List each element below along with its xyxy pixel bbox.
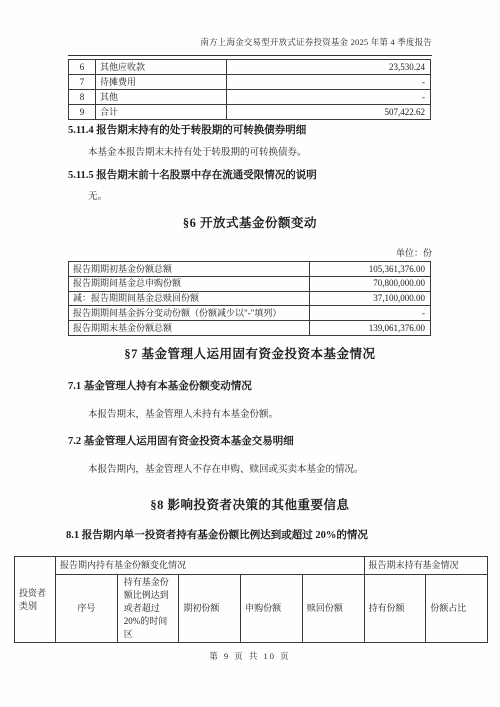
col-header-subscribed-shares: 申购份额: [241, 575, 303, 643]
row-value: -: [310, 306, 431, 321]
other-assets-table: 6 其他应收款 23,530.24 7 待摊费用 - 8 其他 - 9 合计: [68, 59, 431, 120]
group-header-period-end: 报告期末持有基金情况: [364, 557, 487, 575]
col-header-held-shares: 持有份额: [364, 575, 426, 643]
row-number: 9: [69, 105, 96, 120]
heading-5-11-4: 5.11.4 报告期末持有的处于转股期的可转换债券明细: [68, 122, 440, 137]
section-8-title: §8 影响投资者决策的其他重要信息: [0, 495, 500, 513]
paragraph-5-11-4: 本基金本报告期末未持有处于转股期的可转换债券。: [88, 144, 440, 158]
investor-holdings-table: 投资者类别 报告期内持有基金份额变化情况 报告期末持有基金情况 序号 持有基金份…: [14, 556, 488, 643]
section-7-title: §7 基金管理人运用固有资金投资本基金情况: [0, 344, 500, 362]
row-value: 70,800,000.00: [310, 276, 431, 291]
heading-5-11-5: 5.11.5 报告期末前十名股票中存在流通受限情况的说明: [68, 167, 440, 182]
heading-7-1: 7.1 基金管理人持有本基金份额变动情况: [68, 378, 440, 393]
row-value: -: [227, 75, 431, 90]
col-header-redeemed-shares: 赎回份额: [302, 575, 364, 643]
paragraph-7-2: 本报告期内，基金管理人不存在申购、赎回或买卖本基金的情况。: [88, 461, 440, 475]
heading-7-2: 7.2 基金管理人运用固有资金投资本基金交易明细: [68, 433, 440, 448]
row-number: 8: [69, 90, 96, 105]
paragraph-7-1: 本报告期末，基金管理人未持有本基金份额。: [88, 406, 440, 420]
table-row: 6 其他应收款 23,530.24: [69, 60, 431, 75]
section-6-title: §6 开放式基金份额变动: [0, 213, 500, 231]
table-row: 9 合计 507,422.62: [69, 105, 431, 120]
col-header-share-ratio: 份额占比: [426, 575, 488, 643]
row-label: 报告期期末基金份额总额: [69, 321, 310, 336]
row-number: 6: [69, 60, 96, 75]
row-label: 减：报告期期间基金总赎回份额: [69, 291, 310, 306]
report-page: 南方上海金交易型开放式证券投资基金 2025 年第 4 季度报告 6 其他应收款…: [0, 0, 500, 707]
row-value: -: [227, 90, 431, 105]
row-value: 507,422.62: [227, 105, 431, 120]
heading-8-1: 8.1 报告期内单一投资者持有基金份额比例达到或超过 20%的情况: [66, 527, 440, 542]
table-row: 8 其他 -: [69, 90, 431, 105]
row-label: 其他应收款: [96, 60, 227, 75]
row-label: 报告期期间基金拆分变动份额（份额减少以"-"填列）: [69, 306, 310, 321]
row-value: 139,061,376.00: [310, 321, 431, 336]
unit-label: 单位：份: [396, 246, 432, 259]
table-row: 7 待摊费用 -: [69, 75, 431, 90]
share-change-table: 报告期期初基金份额总额 105,361,376.00 报告期期间基金总申购份额 …: [68, 261, 431, 336]
col-header-investor-type: 投资者类别: [15, 557, 56, 643]
table-header-row-columns: 序号 持有基金份额比例达到或者超过 20%的时间区 期初份额 申购份额 赎回份额…: [15, 575, 488, 643]
table-row: 报告期期间基金总申购份额 70,800,000.00: [69, 276, 431, 291]
row-label: 待摊费用: [96, 75, 227, 90]
table-row: 报告期期初基金份额总额 105,361,376.00: [69, 262, 431, 277]
row-label: 报告期期间基金总申购份额: [69, 276, 310, 291]
table-row: 减：报告期期间基金总赎回份额 37,100,000.00: [69, 291, 431, 306]
table-row: 报告期期末基金份额总额 139,061,376.00: [69, 321, 431, 336]
group-header-period-change: 报告期内持有基金份额变化情况: [56, 557, 365, 575]
row-label: 合计: [96, 105, 227, 120]
table-row: 报告期期间基金拆分变动份额（份额减少以"-"填列） -: [69, 306, 431, 321]
row-label: 其他: [96, 90, 227, 105]
col-header-initial-shares: 期初份额: [179, 575, 241, 643]
running-header: 南方上海金交易型开放式证券投资基金 2025 年第 4 季度报告: [68, 36, 432, 48]
row-label: 报告期期初基金份额总额: [69, 262, 310, 277]
row-value: 105,361,376.00: [310, 262, 431, 277]
paragraph-5-11-5: 无。: [88, 188, 440, 202]
row-number: 7: [69, 75, 96, 90]
page-number: 第 9 页 共 10 页: [0, 650, 500, 662]
col-header-holding-window: 持有基金份额比例达到或者超过 20%的时间区: [117, 575, 179, 643]
row-value: 37,100,000.00: [310, 291, 431, 306]
col-header-seq: 序号: [56, 575, 118, 643]
header-divider: [68, 55, 432, 56]
row-value: 23,530.24: [227, 60, 431, 75]
table-header-row-groups: 投资者类别 报告期内持有基金份额变化情况 报告期末持有基金情况: [15, 557, 488, 575]
